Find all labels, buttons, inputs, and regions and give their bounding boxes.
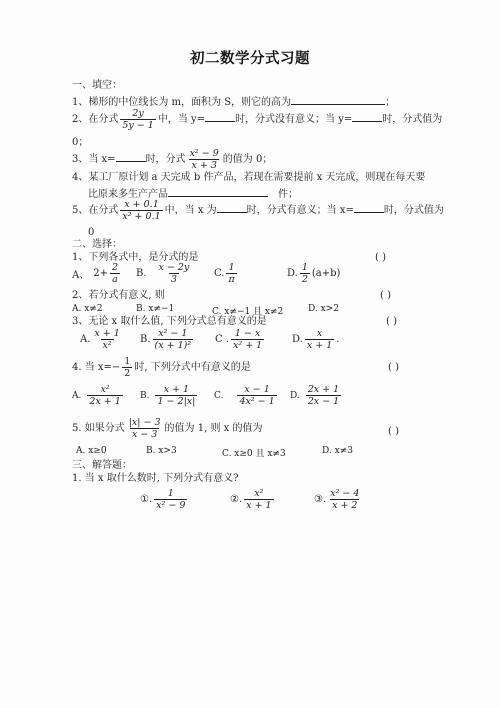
denominator: 2x − 1 bbox=[306, 395, 341, 407]
numerator: 1 bbox=[300, 262, 310, 273]
answer-blank[interactable] bbox=[168, 186, 268, 197]
fraction: x − 14x² − 1 bbox=[237, 384, 276, 407]
option-label: A、 bbox=[72, 266, 89, 281]
numerator: x + 1 bbox=[162, 384, 191, 395]
denominator: 3 bbox=[169, 273, 179, 285]
option-text: . bbox=[336, 334, 339, 345]
q1-option-d[interactable]: D.12(a+b) bbox=[287, 262, 340, 285]
denominator: x² − 9 bbox=[154, 499, 187, 511]
denominator: π bbox=[226, 273, 236, 285]
fraction: x + 11 − 2|x| bbox=[155, 384, 197, 407]
answer-item-3: ③.x² − 4x + 2 bbox=[314, 488, 363, 511]
choice-question-3: 3、无论 x 取什么值, 下列分式总有意义的是 bbox=[72, 316, 267, 328]
q1-option-c[interactable]: C.1π bbox=[214, 262, 239, 285]
q4-option-b[interactable]: B.x + 11 − 2|x| bbox=[140, 384, 199, 407]
denominator: 2x + 1 bbox=[87, 395, 122, 407]
question-text: 1、梯形的中位线长为 m，面积为 S，则它的高为 bbox=[72, 97, 291, 108]
numerator: x − 1 bbox=[242, 384, 271, 395]
numerator: x² bbox=[252, 488, 265, 499]
fraction: xx + 1 bbox=[305, 328, 334, 351]
fill-question-1: 1、梯形的中位线长为 m，面积为 S，则它的高为； bbox=[72, 94, 395, 109]
fraction: 1 − xx² + 1 bbox=[231, 328, 264, 351]
numerator: 1 − x bbox=[233, 328, 262, 339]
answer-blank[interactable] bbox=[116, 151, 146, 162]
numerator: x² − 1 bbox=[156, 328, 189, 339]
denominator: (x + 1)² bbox=[153, 339, 194, 351]
question-text: 时, 下列分式中有意义的是 bbox=[134, 362, 250, 373]
answer-parentheses[interactable]: ( ) bbox=[380, 290, 391, 301]
question-text: 3、当 x= bbox=[72, 154, 116, 165]
question-text: 时，分式有意义；当 x= bbox=[247, 205, 354, 216]
answer-parentheses[interactable]: ( ) bbox=[388, 426, 399, 437]
section-1-heading: 一、填空： bbox=[72, 80, 122, 92]
option-label: A. bbox=[80, 334, 90, 345]
option-label: B. bbox=[136, 268, 147, 279]
q5-option-b[interactable]: B. x>3 bbox=[146, 446, 177, 456]
q2-option-d[interactable]: D. x>2 bbox=[308, 304, 339, 314]
question-text: 的值为 1, 则 x 的值为 bbox=[165, 423, 263, 434]
question-text: 中，当 x 为 bbox=[165, 205, 217, 216]
numerator: 1 bbox=[166, 488, 176, 499]
question-text: 4. 当 x=− bbox=[72, 362, 120, 373]
fraction: x²x + 1 bbox=[244, 488, 273, 511]
fraction: 2y5y − 1 bbox=[120, 108, 155, 131]
numerator: x − 2y bbox=[157, 262, 192, 273]
choice-question-5: 5. 如果分式|x| − 3x − 3的值为 1, 则 x 的值为 bbox=[72, 416, 262, 442]
q3-option-b[interactable]: B.x² − 1(x + 1)² bbox=[140, 328, 195, 351]
fill-question-4-line1: 4、某工厂原计划 a 天完成 b 件产品，若现在需要提前 x 天完成，则现在每天… bbox=[72, 172, 425, 184]
denominator: x + 2 bbox=[330, 499, 359, 511]
option-label: B. bbox=[140, 334, 151, 345]
denominator: x² bbox=[101, 339, 114, 351]
q1-option-b[interactable]: B.x − 2y3 bbox=[136, 262, 193, 285]
answer-parentheses[interactable]: ( ) bbox=[375, 252, 386, 263]
fraction: 2x + 12x − 1 bbox=[306, 384, 341, 407]
fraction: x² − 4x + 2 bbox=[328, 488, 361, 511]
question-text: 时，分式没有意义；当 y= bbox=[235, 114, 352, 125]
denominator: 2 bbox=[122, 367, 132, 379]
question-text: 时，分式值为 bbox=[382, 114, 442, 125]
question-text: 的值为 0； bbox=[223, 154, 273, 165]
fraction: x² − 1(x + 1)² bbox=[153, 328, 194, 351]
denominator: x² + 1 bbox=[231, 339, 264, 351]
denominator: 1 − 2|x| bbox=[155, 395, 197, 407]
fill-question-5-cont: 0 bbox=[88, 227, 94, 239]
fill-question-5: 5、在分式x + 0.1x² + 0.1中，当 x 为时，分式有意义；当 x=时… bbox=[72, 198, 444, 224]
answer-parentheses[interactable]: ( ) bbox=[388, 362, 399, 373]
section-2-heading: 二、选择： bbox=[72, 239, 122, 251]
denominator: x + 1 bbox=[305, 339, 334, 351]
punctuation: ； bbox=[385, 97, 395, 108]
question-text: 中，当 y= bbox=[158, 114, 205, 125]
q3-option-c[interactable]: C .1 − xx² + 1 bbox=[215, 328, 266, 351]
q1-option-a[interactable]: A、2+2a bbox=[72, 262, 122, 285]
denominator: x + 1 bbox=[244, 499, 273, 511]
question-text: 时，分式 bbox=[146, 154, 186, 165]
fraction: 12 bbox=[300, 262, 310, 285]
q5-option-d[interactable]: D. x≠3 bbox=[322, 446, 353, 456]
option-label: B. bbox=[140, 391, 149, 401]
numerator: |x| − 3 bbox=[127, 417, 163, 428]
numerator: x + 0.1 bbox=[122, 199, 160, 210]
denominator: 4x² − 1 bbox=[237, 395, 276, 407]
fraction: 12 bbox=[122, 356, 132, 379]
numerator: x + 1 bbox=[92, 328, 121, 339]
question-text: 5. 如果分式 bbox=[72, 423, 125, 434]
fraction: x + 0.1x² + 0.1 bbox=[120, 199, 162, 222]
numerator: x bbox=[315, 328, 324, 339]
answer-blank[interactable] bbox=[205, 111, 235, 122]
denominator: a bbox=[110, 273, 120, 285]
answer-blank[interactable] bbox=[352, 111, 382, 122]
choice-question-4: 4. 当 x=−12时, 下列分式中有意义的是 bbox=[72, 356, 251, 380]
numerator: x² bbox=[99, 384, 112, 395]
item-label: ②. bbox=[230, 494, 242, 505]
q2-option-a[interactable]: A. x≠2 bbox=[72, 304, 103, 314]
page-title: 初二数学分式习题 bbox=[0, 47, 500, 68]
fraction: 1x² − 9 bbox=[154, 488, 187, 511]
q5-option-c[interactable]: C. x≥0 且 x≠3 bbox=[222, 446, 286, 459]
section-3-heading: 三、解答题： bbox=[72, 460, 132, 472]
numerator: 2 bbox=[110, 262, 120, 273]
fraction: 2a bbox=[110, 262, 120, 285]
worksheet-page: 初二数学分式习题 一、填空： 1、梯形的中位线长为 m，面积为 S，则它的高为；… bbox=[0, 0, 500, 708]
option-label: C . bbox=[215, 334, 229, 345]
question-text: 2、在分式 bbox=[72, 114, 118, 125]
option-label: D. bbox=[290, 391, 300, 401]
answer-parentheses[interactable]: ( ) bbox=[386, 316, 397, 327]
choice-question-2: 2、若分式有意义, 则 bbox=[72, 290, 165, 302]
answer-question-1: 1. 当 x 取什么数时, 下列分式有意义? bbox=[72, 473, 238, 485]
denominator: 2 bbox=[300, 273, 310, 285]
item-label: ③. bbox=[314, 494, 326, 505]
option-label: C. bbox=[214, 268, 224, 279]
fraction: 1π bbox=[226, 262, 236, 285]
option-label: A. bbox=[72, 391, 81, 401]
numerator: 1 bbox=[227, 262, 237, 273]
fill-question-2: 2、在分式2y5y − 1中，当 y=时，分式没有意义；当 y=时，分式值为 bbox=[72, 108, 442, 132]
denominator: x + 3 bbox=[189, 159, 218, 171]
fraction: x²2x + 1 bbox=[87, 384, 122, 407]
answer-blank[interactable] bbox=[291, 94, 385, 105]
answer-item-2: ②.x²x + 1 bbox=[230, 488, 276, 511]
answer-blank[interactable] bbox=[217, 202, 247, 213]
fraction: x + 1x² bbox=[92, 328, 121, 351]
q4-option-a[interactable]: A.x²2x + 1 bbox=[72, 384, 125, 407]
fraction: |x| − 3x − 3 bbox=[127, 417, 163, 440]
fraction: x − 2y3 bbox=[157, 262, 192, 285]
fill-question-3: 3、当 x=时，分式x² − 9x + 3的值为 0； bbox=[72, 148, 272, 172]
question-text: 5、在分式 bbox=[72, 205, 118, 216]
denominator: 5y − 1 bbox=[120, 119, 155, 131]
q3-option-a[interactable]: A.x + 1x² bbox=[80, 328, 124, 351]
question-text: 时，分式值为 bbox=[384, 205, 444, 216]
numerator: x² − 9 bbox=[188, 148, 221, 159]
option-text: 2+ bbox=[93, 268, 108, 279]
q3-option-d[interactable]: D.xx + 1. bbox=[292, 328, 339, 351]
q5-option-a[interactable]: A. x≥0 bbox=[76, 446, 107, 456]
numerator: 1 bbox=[122, 356, 132, 367]
answer-item-1: ①.1x² − 9 bbox=[140, 488, 189, 511]
answer-blank[interactable] bbox=[354, 202, 384, 213]
q4-option-c[interactable]: C.x − 14x² − 1 bbox=[214, 384, 279, 407]
option-label: D. bbox=[292, 334, 303, 345]
numerator: 2y bbox=[130, 108, 145, 119]
numerator: x² − 4 bbox=[328, 488, 361, 499]
fraction: x² − 9x + 3 bbox=[188, 148, 221, 171]
option-label: C. bbox=[214, 391, 223, 401]
item-label: ①. bbox=[140, 494, 152, 505]
option-label: D. bbox=[287, 268, 298, 279]
q2-option-b[interactable]: B. x≠−1 bbox=[136, 304, 174, 314]
option-text: (a+b) bbox=[312, 268, 341, 279]
numerator: 2x + 1 bbox=[306, 384, 341, 395]
denominator: x² + 0.1 bbox=[120, 210, 162, 222]
q4-option-d[interactable]: D.2x + 12x − 1 bbox=[290, 384, 343, 407]
denominator: x − 3 bbox=[130, 428, 159, 440]
